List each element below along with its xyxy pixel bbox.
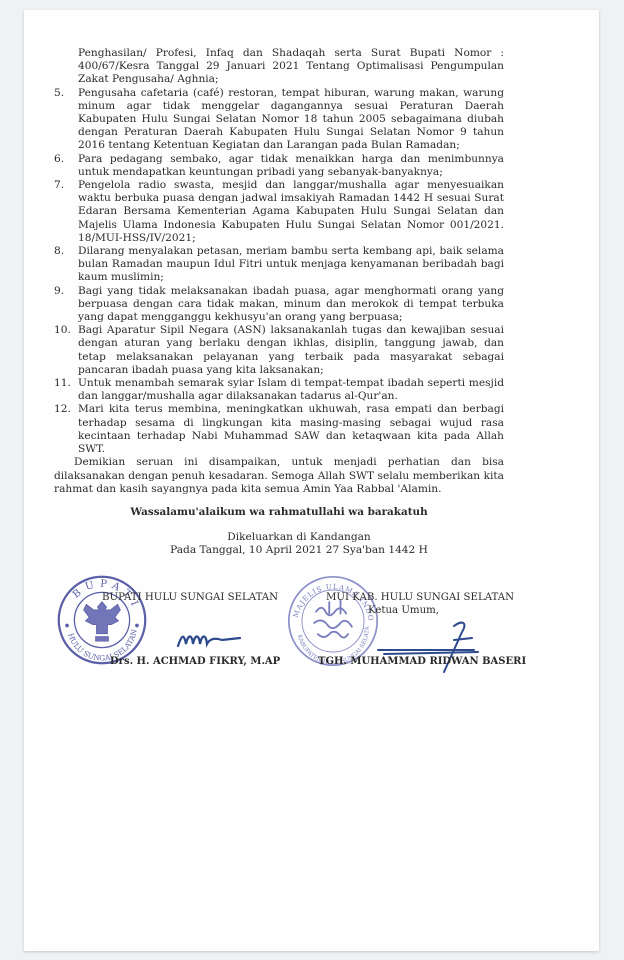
list-item-text: Pengelola radio swasta, mesjid dan langg…: [78, 179, 504, 244]
list-item-number: 12.: [54, 403, 76, 416]
list-item-text: Mari kita terus membina, meningkatkan uk…: [78, 403, 504, 455]
issued-date: Pada Tanggal, 10 April 2021 27 Sya'ban 1…: [94, 544, 504, 557]
closing-greeting: Wassalamu'alaikum wa rahmatullahi wa bar…: [54, 506, 504, 519]
list-item-text: Dilarang menyalakan petasan, meriam bamb…: [78, 245, 504, 283]
list-item-text: Bagi Aparatur Sipil Negara (ASN) laksana…: [78, 324, 504, 376]
regent-signature: [174, 628, 244, 650]
regent-title: BUPATI HULU SUNGAI SELATAN: [102, 592, 278, 603]
mui-position: Ketua Umum,: [368, 605, 439, 616]
mui-signature: [354, 616, 504, 676]
list-item-text: Para pedagang sembako, agar tidak menaik…: [78, 153, 504, 178]
continued-paragraph: Penghasilan/ Profesi, Infaq dan Shadaqah…: [54, 47, 504, 87]
regent-seal-stamp: BUPATI HULU SUNGAI SELATAN: [56, 574, 148, 666]
list-item-number: 5.: [54, 87, 76, 100]
list-item: 7.Pengelola radio swasta, mesjid dan lan…: [54, 179, 504, 245]
mui-chairman-name: TGH. MUHAMMAD RIDWAN BASERI: [318, 656, 526, 667]
list-item-number: 9.: [54, 285, 76, 298]
list-item: 12.Mari kita terus membina, meningkatkan…: [54, 403, 504, 456]
list-item-number: 11.: [54, 377, 76, 390]
document-page: Penghasilan/ Profesi, Infaq dan Shadaqah…: [24, 10, 599, 951]
list-item: 10.Bagi Aparatur Sipil Negara (ASN) laks…: [54, 324, 504, 377]
list-item: 11.Untuk menambah semarak syiar Islam di…: [54, 377, 504, 403]
list-item-number: 6.: [54, 153, 76, 166]
issued-place: Dikeluarkan di Kandangan: [94, 531, 504, 544]
numbered-list: 5.Pengusaha cafetaria (café) restoran, t…: [54, 87, 504, 457]
list-item-text: Untuk menambah semarak syiar Islam di te…: [78, 377, 504, 402]
document-body: Penghasilan/ Profesi, Infaq dan Shadaqah…: [54, 47, 504, 558]
regent-name: Drs. H. ACHMAD FIKRY, M.AP: [110, 656, 280, 667]
list-item-number: 10.: [54, 324, 76, 337]
closing-paragraph: Demikian seruan ini disampaikan, untuk m…: [54, 456, 504, 496]
list-item-number: 8.: [54, 245, 76, 258]
list-item-text: Pengusaha cafetaria (café) restoran, tem…: [78, 87, 504, 152]
list-item-text: Bagi yang tidak melaksanakan ibadah puas…: [78, 285, 504, 323]
mui-title: MUI KAB. HULU SUNGAI SELATAN: [326, 592, 514, 603]
signature-block: BUPATI HULU SUNGAI SELATAN BUPATI HULU S…: [24, 558, 599, 688]
list-item: 8.Dilarang menyalakan petasan, meriam ba…: [54, 245, 504, 285]
list-item-number: 7.: [54, 179, 76, 192]
list-item: 9.Bagi yang tidak melaksanakan ibadah pu…: [54, 285, 504, 325]
list-item: 5.Pengusaha cafetaria (café) restoran, t…: [54, 87, 504, 153]
list-item: 6.Para pedagang sembako, agar tidak mena…: [54, 153, 504, 179]
